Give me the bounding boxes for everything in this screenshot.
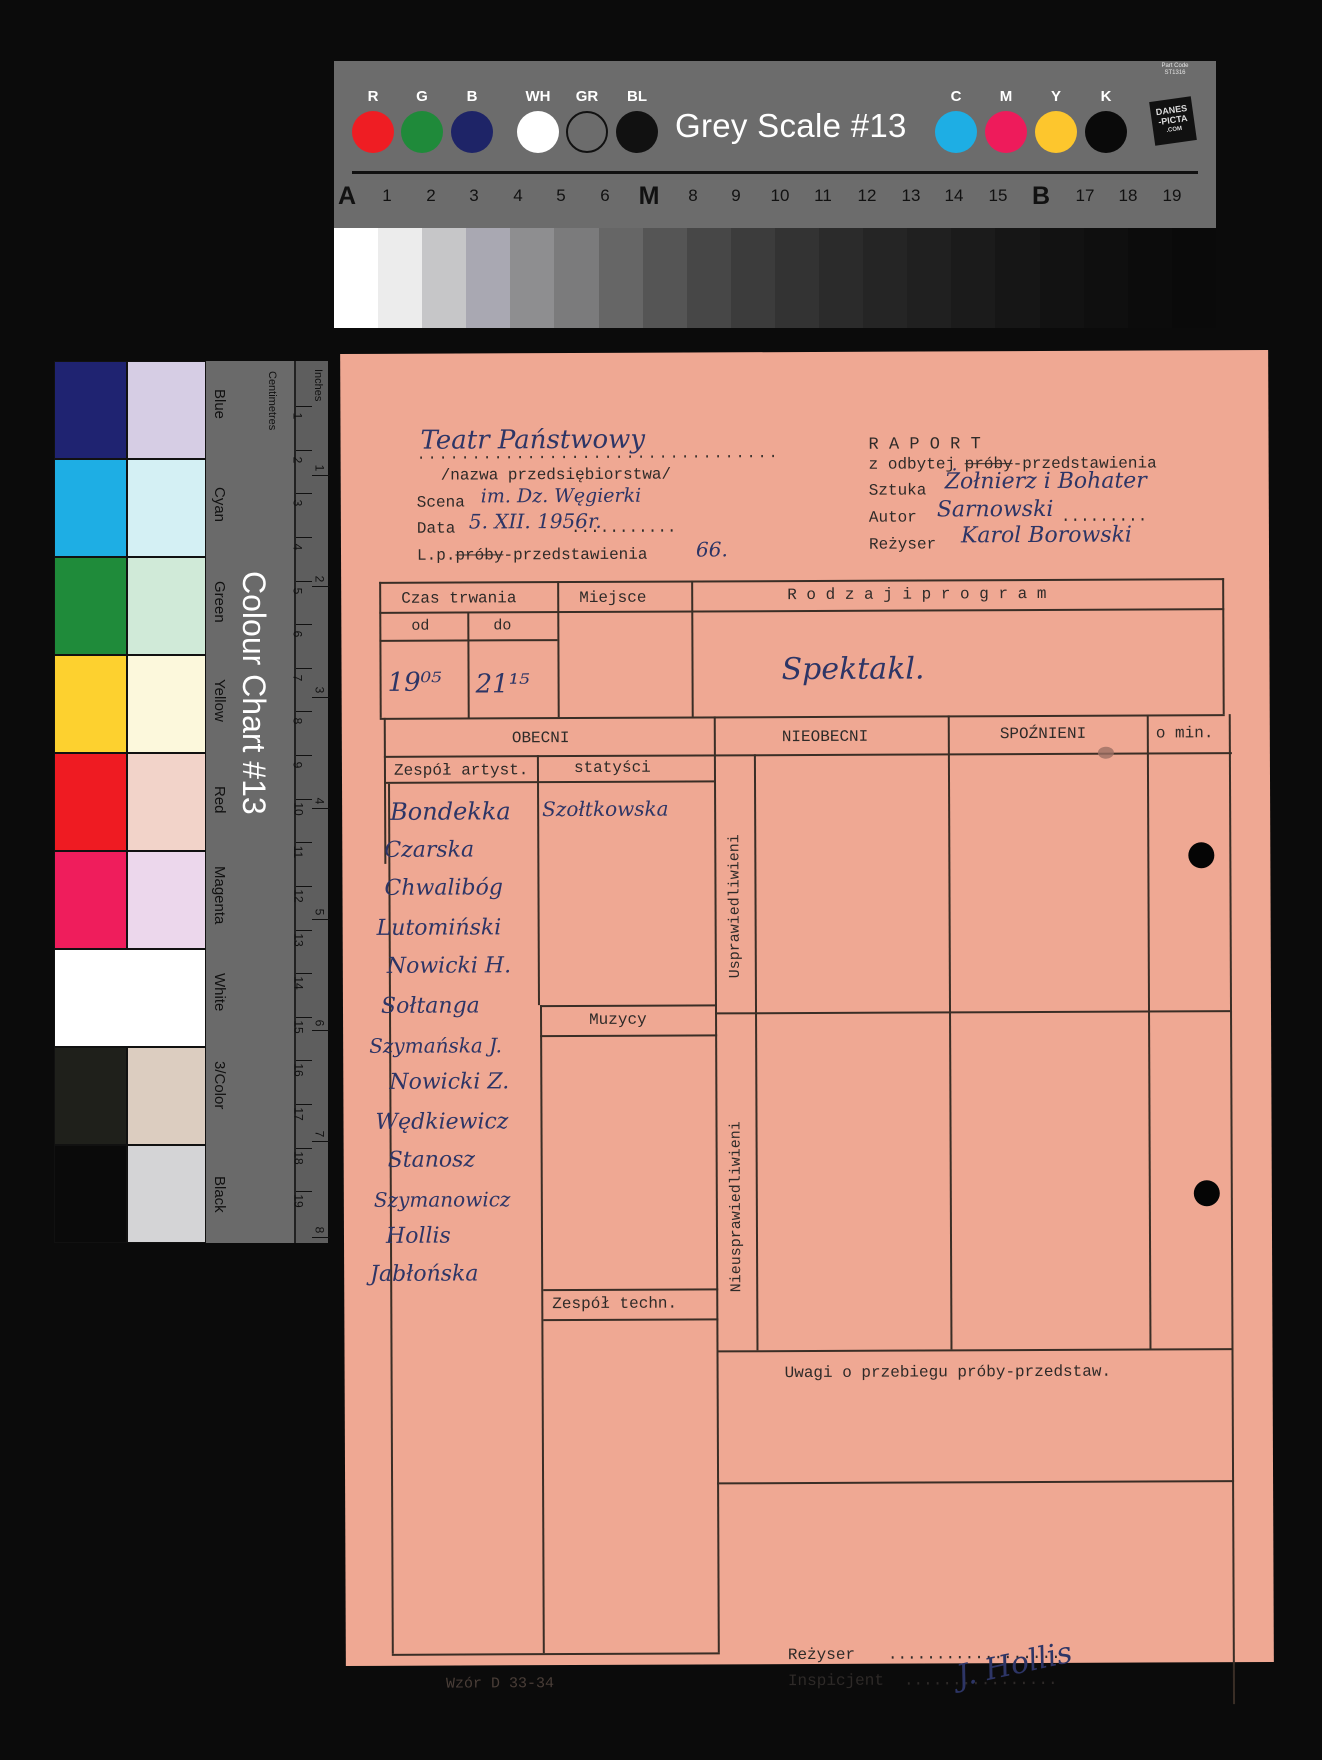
part-code: Part Code ST1316 — [1155, 63, 1195, 77]
divider-line — [352, 171, 1198, 174]
swatch-green-light — [127, 557, 206, 655]
artist-name: Nowicki Z. — [389, 1069, 509, 1095]
grey-step — [554, 228, 598, 328]
company-dots: ................................. — [417, 445, 780, 464]
cm-number: 1 — [290, 413, 304, 420]
uwagi-bottom-border — [717, 1480, 1234, 1484]
obecni-right-border — [714, 716, 720, 1652]
tick — [296, 493, 312, 494]
scena-value: im. Dz. Węgierki — [481, 485, 642, 508]
data-label: Data — [417, 520, 455, 538]
tick — [296, 711, 312, 712]
swatch-blue-light — [127, 361, 206, 459]
tick — [296, 1148, 312, 1149]
artist-name: Jabłońska — [370, 1261, 478, 1286]
autor-value: Sarnowski — [937, 497, 1054, 523]
grey-patch — [566, 111, 608, 153]
part-code-label: Part Code — [1155, 63, 1195, 70]
cm-number: 10 — [292, 802, 306, 815]
colour-swatches — [54, 361, 206, 1243]
cm-number: 13 — [292, 933, 306, 946]
tick — [296, 406, 312, 407]
tick — [296, 755, 312, 756]
inch-number: 3 — [312, 687, 326, 694]
patch-label-m: M — [984, 88, 1028, 105]
step-label: B — [1026, 182, 1056, 211]
cm-number: 14 — [292, 976, 306, 989]
table-right-border-top — [1222, 578, 1225, 714]
tick — [312, 586, 330, 587]
table-left-border-top — [379, 582, 382, 718]
step-label: 8 — [678, 186, 708, 206]
step-label: 4 — [503, 186, 533, 206]
red-patch — [352, 111, 394, 153]
usprawiedliwieni-label: Usprawiedliwieni — [726, 834, 744, 978]
od-header: od — [411, 618, 429, 635]
inch-number: 5 — [312, 909, 326, 916]
step-label: 1 — [372, 186, 402, 206]
swatch-magenta-light — [127, 851, 206, 949]
cm-number: 3 — [290, 500, 304, 507]
form-template-code: Wzór D 33-34 — [446, 1675, 554, 1692]
swatch-white — [54, 949, 206, 1047]
artist-name: Sołtanga — [381, 993, 480, 1018]
tick — [312, 1237, 330, 1238]
step-label: 11 — [808, 186, 838, 206]
miejsce-left-border — [557, 581, 560, 717]
punch-hole — [1188, 842, 1214, 868]
excused-split-border — [715, 1010, 1232, 1014]
zespol-techn-header: Zespół techn. — [552, 1295, 677, 1314]
grey-step — [819, 228, 863, 328]
zespol-statysci-divider — [537, 755, 540, 1005]
tick — [296, 668, 312, 669]
tick — [296, 624, 312, 625]
cm-number: 17 — [292, 1107, 306, 1120]
lp-label: L.p.próby-przedstawienia — [417, 546, 648, 565]
muzycy-left-border — [540, 1005, 545, 1653]
grey-step — [995, 228, 1039, 328]
grey-step — [599, 228, 643, 328]
step-label: 18 — [1113, 186, 1143, 206]
muzycy-top-border — [540, 1004, 717, 1007]
cm-number: 2 — [290, 457, 304, 464]
colour-chart-card: Blue Cyan Green Yellow Red Magenta White… — [54, 361, 328, 1243]
inch-number: 1 — [312, 465, 326, 472]
do-header: do — [493, 617, 511, 634]
grey-step — [863, 228, 907, 328]
swatch-magenta-dark — [54, 851, 127, 949]
tick — [312, 697, 330, 698]
label-green: Green — [211, 581, 228, 623]
label-yellow: Yellow — [211, 679, 228, 722]
cyan-patch — [935, 111, 977, 153]
grey-step — [334, 228, 378, 328]
zespol-header-border — [384, 780, 716, 783]
grey-step — [422, 228, 466, 328]
tick — [296, 537, 312, 538]
patch-label-c: C — [934, 88, 978, 105]
step-label: 3 — [459, 186, 489, 206]
step-label: 17 — [1070, 186, 1100, 206]
do-value: 21¹⁵ — [476, 669, 530, 699]
artist-name: Szymanowicz — [374, 1187, 511, 1212]
inch-number: 8 — [312, 1227, 326, 1234]
patch-label-k: K — [1084, 88, 1128, 105]
cm-number: 8 — [290, 718, 304, 725]
grey-step — [1172, 228, 1216, 328]
label-magenta: Magenta — [211, 866, 228, 924]
step-label: 2 — [416, 186, 446, 206]
grey-scale-step-labels: A 1 2 3 4 5 6 M 8 9 10 11 12 13 14 15 B … — [334, 186, 1216, 216]
company-caption: /nazwa przedsiębiorstwa/ — [441, 466, 672, 485]
sztuka-label: Sztuka — [869, 481, 927, 499]
artists-left-border — [388, 784, 394, 1654]
uwagi-top-border — [716, 1348, 1233, 1352]
inch-number: 7 — [312, 1131, 326, 1138]
nieobecni-label-divider — [754, 754, 759, 1350]
report-title: R A P O R T — [869, 435, 981, 454]
grey-step — [378, 228, 422, 328]
od-value: 19⁰⁵ — [388, 668, 442, 698]
uwagi-header: Uwagi o przebiegu próby-przedstaw. — [785, 1363, 1112, 1382]
artist-name: Szymańska J. — [369, 1033, 502, 1058]
patch-label-wh: WH — [516, 88, 560, 105]
swatch-cyan-light — [127, 459, 206, 557]
miejsce-header: Miejsce — [579, 589, 646, 607]
lp-prefix: L.p. — [417, 547, 455, 565]
table-top-border — [379, 578, 1224, 584]
label-white: White — [211, 973, 228, 1011]
patch-label-b: B — [450, 88, 494, 105]
tick — [296, 450, 312, 451]
tick — [296, 973, 312, 974]
table-header-row-border — [379, 608, 1224, 614]
inch-number: 2 — [312, 576, 326, 583]
ink-stain — [1098, 747, 1114, 759]
inch-number: 4 — [312, 798, 326, 805]
label-black: Black — [211, 1176, 228, 1213]
label-blue: Blue — [211, 389, 228, 419]
artist-name: Chwalibóg — [384, 875, 503, 901]
grey-step — [466, 228, 510, 328]
grey-step — [951, 228, 995, 328]
artist-name: Bondekka — [390, 797, 511, 826]
statysta-name: Szołtkowska — [542, 797, 668, 822]
rezyser-value: Karol Borowski — [961, 523, 1132, 549]
swatch-3color-light — [127, 1047, 206, 1145]
grey-scale-title: Grey Scale #13 — [675, 107, 907, 145]
patch-label-gr: GR — [565, 88, 609, 105]
artist-name: Hollis — [386, 1224, 451, 1249]
step-label: 9 — [721, 186, 751, 206]
patch-label-bl: BL — [615, 88, 659, 105]
step-label: A — [332, 182, 362, 211]
cm-number: 18 — [292, 1151, 306, 1164]
nieusprawiedliwieni-label: Nieusprawiedliwieni — [727, 1121, 745, 1292]
colour-chart-title: Colour Chart #13 — [235, 571, 272, 815]
od-do-divider — [467, 611, 469, 717]
tick — [312, 808, 330, 809]
black-patch — [616, 111, 658, 153]
o-min-left-border — [1147, 715, 1152, 1349]
step-label: 14 — [939, 186, 969, 206]
grey-step — [1128, 228, 1172, 328]
spoznieni-left-border — [948, 715, 953, 1349]
step-label: M — [634, 182, 664, 211]
punch-hole — [1194, 1180, 1220, 1206]
swatch-yellow-dark — [54, 655, 127, 753]
tick — [296, 842, 312, 843]
cm-number: 19 — [292, 1194, 306, 1207]
table-bottom-border — [392, 1652, 720, 1655]
step-label: 12 — [852, 186, 882, 206]
blue-patch — [451, 111, 493, 153]
sztuka-value: Żołnierz i Bohater — [945, 469, 1147, 495]
tick — [312, 1030, 330, 1031]
tick — [312, 475, 330, 476]
report-form: Teatr Państwowy ........................… — [340, 350, 1274, 1666]
centimetres-label: Centimetres — [266, 371, 278, 430]
grey-step — [510, 228, 554, 328]
white-patch — [517, 111, 559, 153]
autor-label: Autor — [869, 509, 917, 527]
swatch-red-dark — [54, 753, 127, 851]
artist-name: Lutomiński — [377, 915, 502, 941]
rezyser-label: Reżyser — [869, 535, 936, 553]
swatch-black-light — [127, 1145, 206, 1243]
tick — [296, 930, 312, 931]
grey-step — [1084, 228, 1128, 328]
swatch-green-dark — [54, 557, 127, 655]
zespol-artyst-header: Zespół artyst. — [394, 761, 528, 780]
tick — [312, 1141, 330, 1142]
magenta-patch — [985, 111, 1027, 153]
cm-number: 6 — [290, 631, 304, 638]
artist-name: Stanosz — [388, 1147, 475, 1172]
grey-step — [775, 228, 819, 328]
techn-top-border — [543, 1288, 718, 1291]
step-label: 15 — [983, 186, 1013, 206]
grey-step — [643, 228, 687, 328]
grey-scale-card: Part Code ST1316 R G B WH GR BL C M Y K … — [334, 61, 1216, 328]
yellow-patch — [1035, 111, 1077, 153]
tick — [296, 1104, 312, 1105]
grey-scale-steps — [334, 228, 1216, 328]
step-label: 5 — [546, 186, 576, 206]
data-dots: ........... — [571, 519, 677, 537]
swatch-3color-dark — [54, 1047, 127, 1145]
part-code-value: ST1316 — [1155, 70, 1195, 77]
ruler: Inches — [294, 361, 328, 1243]
artist-name: Wędkiewicz — [375, 1109, 508, 1135]
cm-number: 12 — [292, 889, 306, 902]
step-label: 13 — [896, 186, 926, 206]
tick — [296, 581, 312, 582]
tick — [296, 799, 312, 800]
key-black-patch — [1085, 111, 1127, 153]
footer-inspicjent-label: Inspicjent — [788, 1672, 884, 1690]
lp-suffix: -przedstawienia — [503, 546, 647, 565]
scena-label: Scena — [417, 493, 465, 511]
step-label: 10 — [765, 186, 795, 206]
footer-rezyser-label: Reżyser — [788, 1646, 855, 1664]
tick — [296, 886, 312, 887]
cm-number: 15 — [292, 1020, 306, 1033]
green-patch — [401, 111, 443, 153]
step-label: 6 — [590, 186, 620, 206]
patch-label-g: G — [400, 88, 444, 105]
swatch-blue-dark — [54, 361, 127, 459]
artist-name: Nowicki H. — [387, 953, 511, 979]
obecni-header: OBECNI — [512, 729, 570, 747]
cm-number: 11 — [291, 846, 305, 858]
program-value: Spektakl. — [781, 651, 924, 687]
artists-list: Bondekka Czarska Chwalibóg Lutomiński No… — [340, 350, 1268, 354]
tick — [296, 1191, 312, 1192]
swatch-cyan-dark — [54, 459, 127, 557]
cm-number: 9 — [290, 762, 304, 769]
tick — [296, 1060, 312, 1061]
grey-step — [687, 228, 731, 328]
danes-picta-logo: DANES -PICTA .COM — [1149, 96, 1197, 145]
grey-step — [907, 228, 951, 328]
grey-step — [1040, 228, 1084, 328]
program-left-border — [691, 580, 694, 716]
cm-number: 16 — [292, 1063, 306, 1076]
czas-trwania-header: Czas trwania — [401, 589, 516, 608]
tick — [312, 919, 330, 920]
rodzaj-program-header: R o d z a j i p r o g r a m — [787, 585, 1046, 604]
table-right-border — [1229, 714, 1235, 1704]
patch-label-r: R — [351, 88, 395, 105]
statysci-header: statyści — [574, 759, 651, 777]
muzycy-header: Muzycy — [589, 1011, 647, 1029]
lp-value: 66. — [696, 537, 728, 561]
program-bottom-border — [380, 714, 1225, 720]
cm-number: 7 — [290, 675, 304, 682]
inch-number: 6 — [312, 1020, 326, 1027]
artist-name: Czarska — [384, 837, 474, 862]
label-red: Red — [211, 786, 228, 814]
step-label: 19 — [1157, 186, 1187, 206]
label-cyan: Cyan — [211, 487, 228, 522]
lp-struck: próby — [455, 546, 503, 564]
patch-label-y: Y — [1034, 88, 1078, 105]
muzycy-header-border — [540, 1034, 717, 1037]
swatch-yellow-light — [127, 655, 206, 753]
cm-number: 5 — [290, 588, 304, 595]
spoznieni-header: SPOŹNIENI — [1000, 725, 1086, 743]
techn-header-border — [543, 1318, 718, 1321]
o-min-header: o min. — [1156, 724, 1214, 742]
nieobecni-header: NIEOBECNI — [782, 728, 868, 746]
swatch-red-light — [127, 753, 206, 851]
subtitle-prefix: z odbytej — [869, 455, 955, 473]
tick — [296, 1017, 312, 1018]
label-3color: 3/Color — [211, 1061, 228, 1109]
grey-step — [731, 228, 775, 328]
inches-label: Inches — [312, 369, 324, 401]
swatch-black-dark — [54, 1145, 127, 1243]
colour-chart-strip: Blue Cyan Green Yellow Red Magenta White… — [206, 361, 328, 1243]
cm-number: 4 — [290, 544, 304, 551]
